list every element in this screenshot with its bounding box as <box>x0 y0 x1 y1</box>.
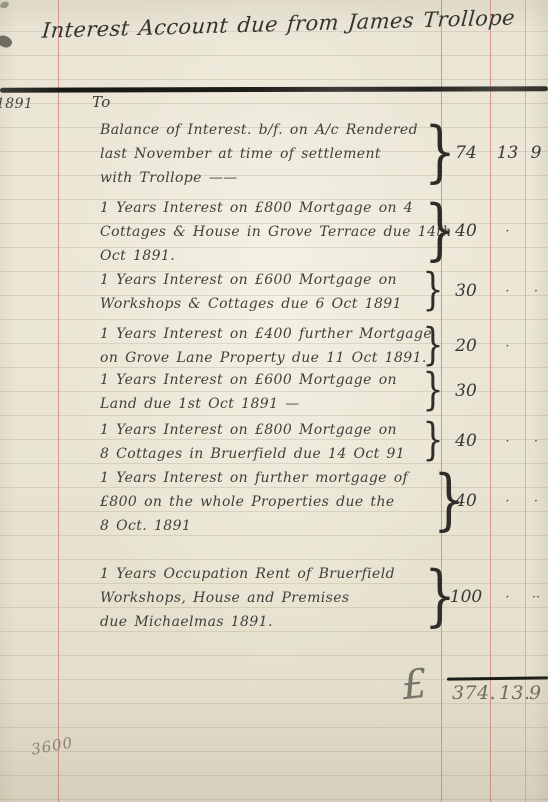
grouping-brace: } <box>423 369 444 413</box>
amount-shillings: · <box>491 494 524 509</box>
entry-description: 1 Years Interest on £600 Mortgage on Lan… <box>100 368 422 416</box>
pencil-reference-number: 3600 <box>30 733 75 758</box>
total-currency-symbol: £ <box>400 661 431 709</box>
ledger-entry: 1 Years Interest on £600 Mortgage on Lan… <box>0 368 548 416</box>
entry-description: 1 Years Interest on further mortgage of … <box>100 466 422 538</box>
amount-shillings: · <box>491 224 524 239</box>
grouping-brace: } <box>423 269 444 313</box>
document-title: Interest Account due from James Trollope <box>41 5 523 42</box>
total-pence: 9 <box>529 682 542 704</box>
amount-pounds: 40 <box>443 431 489 451</box>
amount-pounds: 100 <box>443 587 489 607</box>
entry-description: 1 Years Interest on £400 further Mortgag… <box>100 322 422 370</box>
amount-shillings: 13 <box>491 143 524 163</box>
ledger-entry: 1 Years Interest on £600 Mortgage on Wor… <box>0 268 548 316</box>
amount-shillings: · <box>491 339 524 354</box>
ledger-entry: Balance of Interest. b/f. on A/c Rendere… <box>0 118 548 190</box>
ledger-entry: 1 Years Interest on £400 further Mortgag… <box>0 322 548 372</box>
amount-pounds: 20 <box>443 336 489 356</box>
ledger-page: Interest Account due from James Trollope… <box>0 0 548 802</box>
ledger-entry: 1 Years Interest on further mortgage of … <box>0 466 548 538</box>
amount-pence: 9 <box>525 143 547 163</box>
amount-shillings: · <box>491 590 524 605</box>
entry-year: 1891 <box>0 96 33 112</box>
total-pounds: 374. <box>452 682 496 704</box>
ink-smudge <box>0 33 14 50</box>
amount-pounds: 40 <box>443 491 489 511</box>
entry-description: 1 Years Interest on £800 Mortgage on 8 C… <box>100 418 422 466</box>
amount-pounds: 40 <box>443 221 489 241</box>
entry-description: 1 Years Interest on £600 Mortgage on Wor… <box>100 268 422 316</box>
ledger-entry: 1 Years Interest on £800 Mortgage on 4 C… <box>0 196 548 268</box>
heavy-rule-line <box>0 86 548 92</box>
amount-pounds: 30 <box>443 381 489 401</box>
to-label: To <box>92 93 111 111</box>
ledger-entry: 1 Years Interest on £800 Mortgage on 8 C… <box>0 418 548 466</box>
amount-pounds: 74 <box>443 143 489 163</box>
amount-shillings: · <box>491 284 524 299</box>
entry-description: 1 Years Interest on £800 Mortgage on 4 C… <box>100 196 422 268</box>
amount-pence: · <box>525 284 547 299</box>
amount-pence: · <box>525 494 547 509</box>
amount-pence: · <box>525 434 547 449</box>
amount-pence: ·· <box>525 590 547 605</box>
ledger-entry: 1 Years Occupation Rent of Bruerfield Wo… <box>0 562 548 634</box>
total-rule-line <box>447 676 548 680</box>
total-shillings: 13. <box>499 682 530 704</box>
amount-shillings: · <box>491 434 524 449</box>
grouping-brace: } <box>423 419 444 463</box>
entry-description: 1 Years Occupation Rent of Bruerfield Wo… <box>100 562 422 634</box>
amount-pounds: 30 <box>443 281 489 301</box>
ink-smudge <box>0 1 10 10</box>
entry-description: Balance of Interest. b/f. on A/c Rendere… <box>100 118 422 190</box>
grouping-brace: } <box>423 324 444 368</box>
